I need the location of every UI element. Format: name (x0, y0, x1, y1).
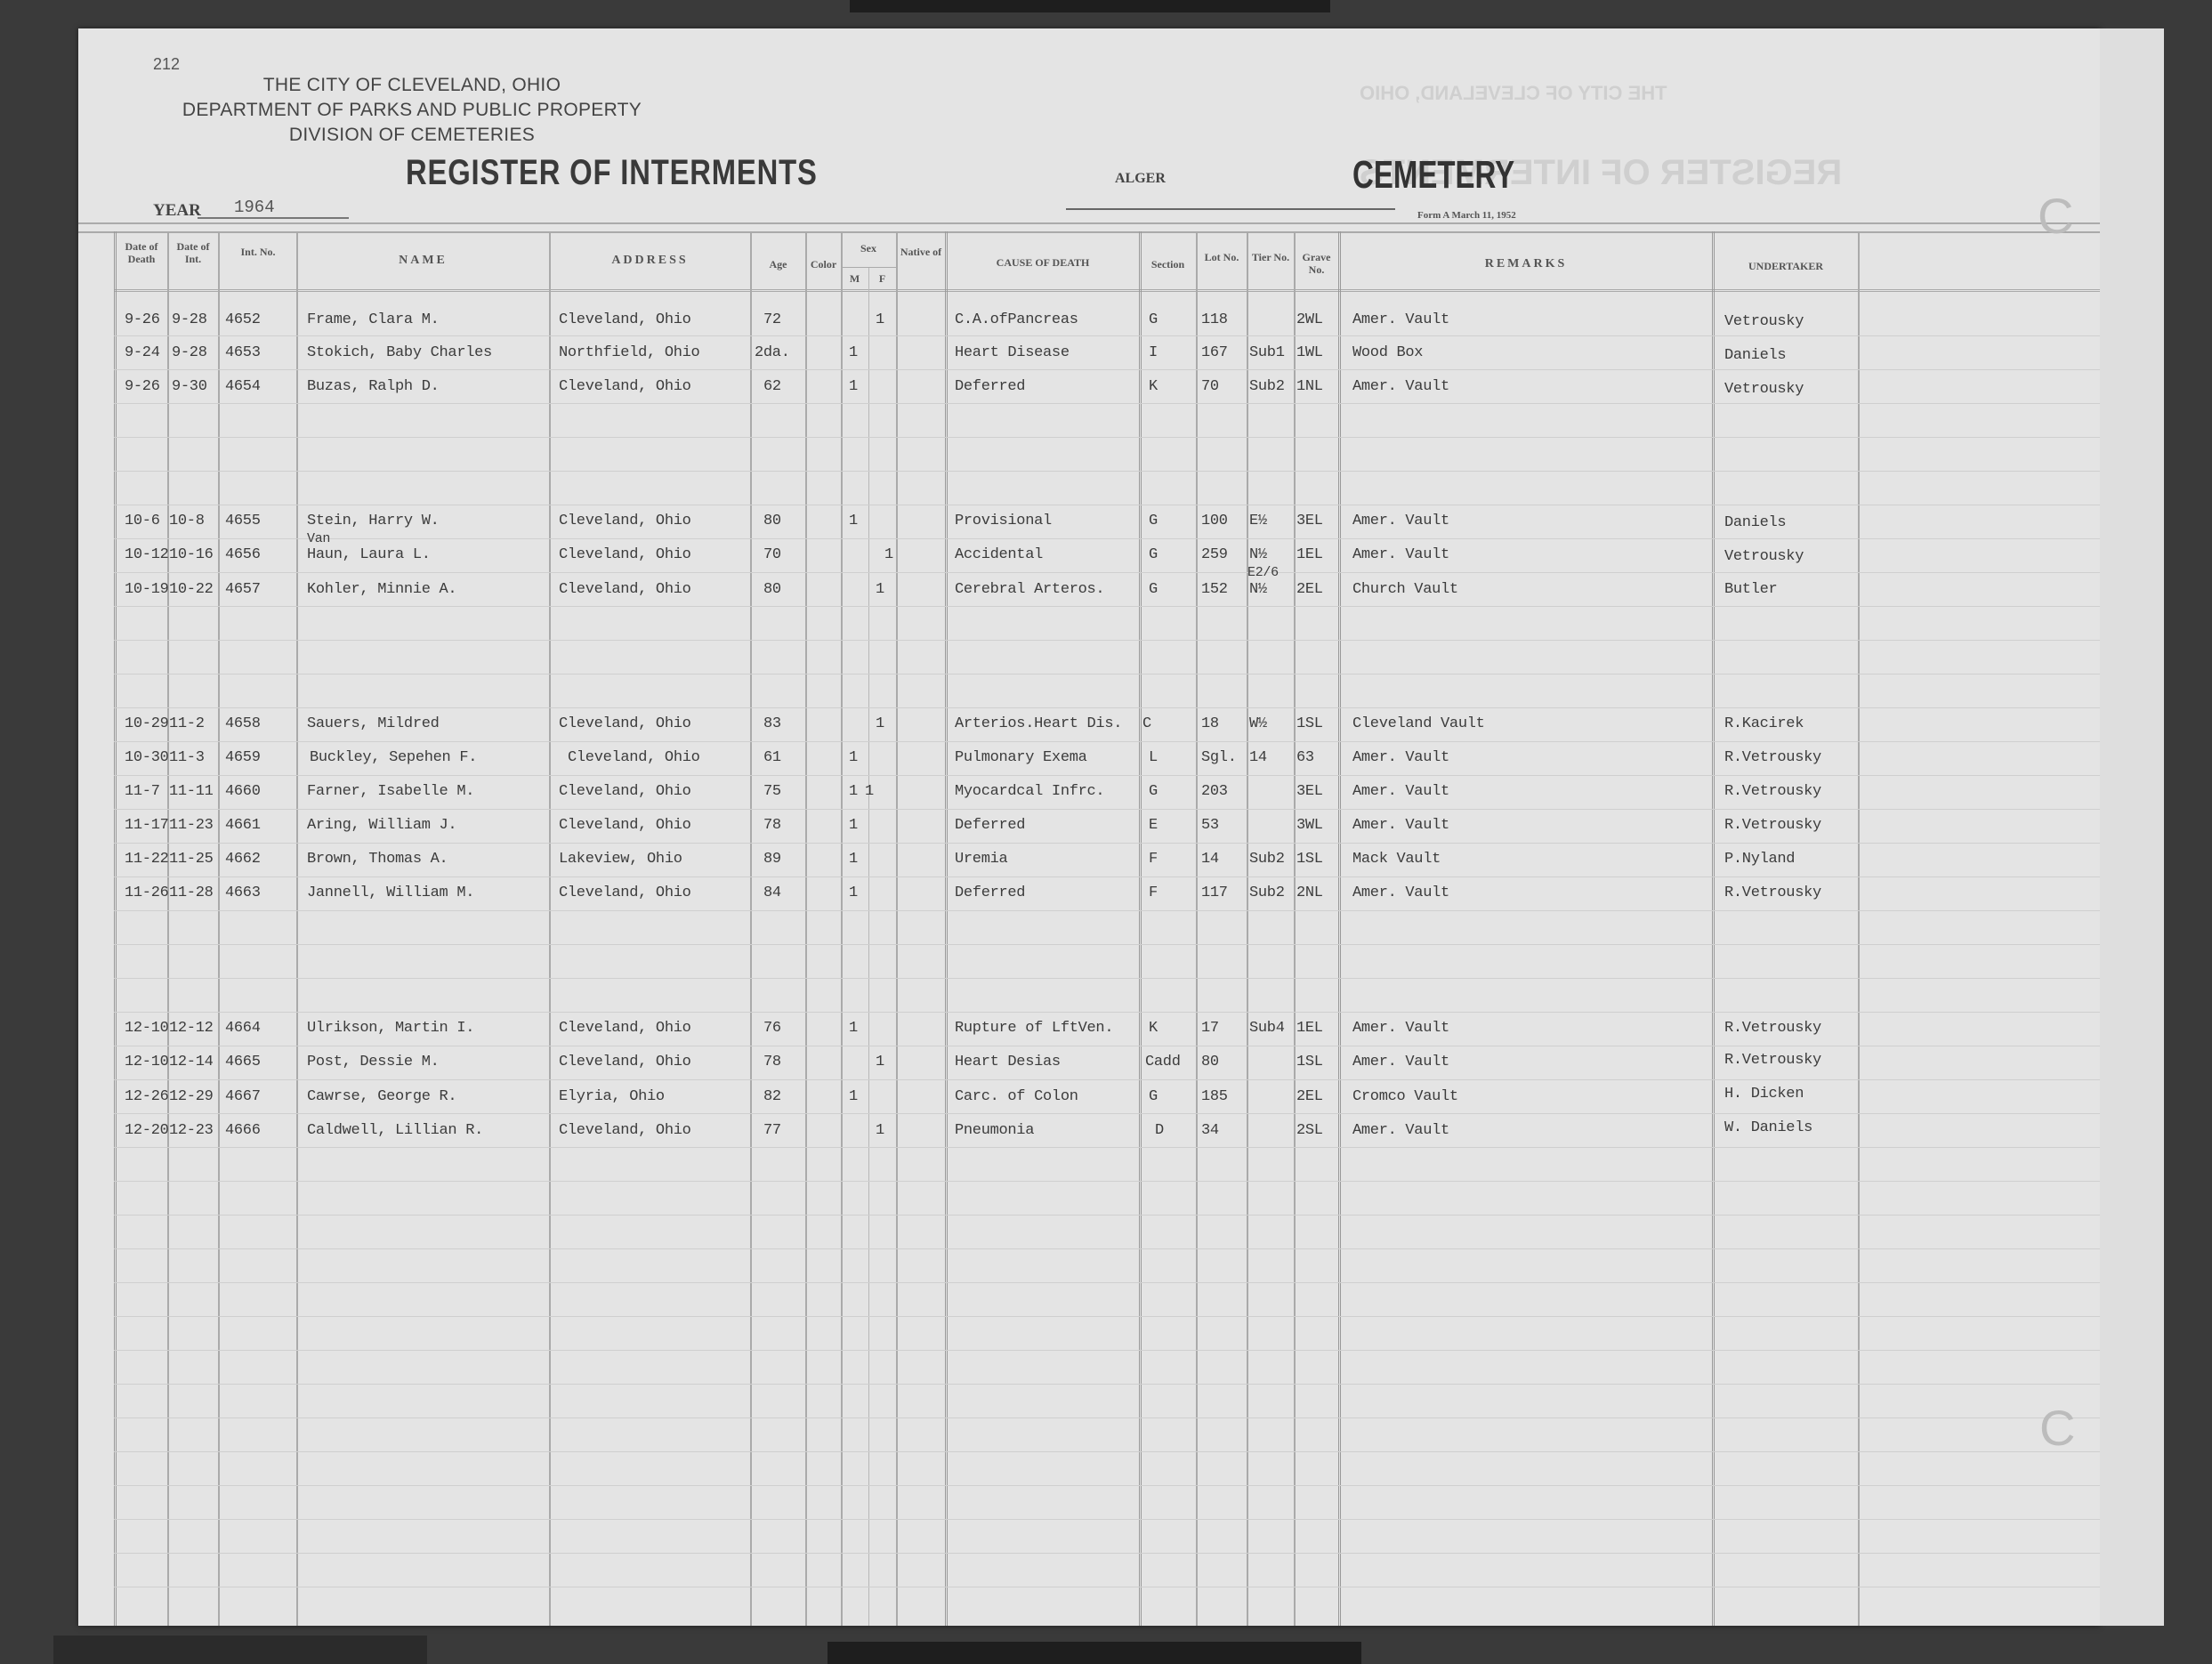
cell-section: G (1149, 513, 1158, 529)
cell-int-no: 4657 (225, 581, 261, 598)
col-header-tier-no: Tier No. (1247, 251, 1294, 263)
cell-cause: Arterios.Heart Dis. (955, 715, 1122, 732)
column-divider (945, 231, 948, 1626)
cell-int-no: 4658 (225, 715, 261, 732)
cell-address: Cleveland, Ohio (559, 311, 691, 328)
cell-remarks: Amer. Vault (1352, 513, 1449, 529)
cell-section: G (1149, 311, 1158, 328)
column-divider (1196, 231, 1198, 1626)
cell-undertaker: R.Vetrousky (1724, 1020, 1821, 1037)
column-divider (296, 231, 298, 1626)
cell-remarks: Amer. Vault (1352, 1020, 1449, 1037)
cell-date-of-death: 9-24 (125, 344, 160, 361)
row-rule (114, 1181, 2100, 1182)
cell-date-of-death: 11-7 (125, 783, 160, 800)
cell-int-no: 4655 (225, 513, 261, 529)
cell-undertaker: R.Vetrousky (1724, 1052, 1821, 1069)
cell-section: F (1149, 885, 1158, 901)
cell-tier: Sub1 (1249, 344, 1285, 361)
col-header-int-no: Int. No. (231, 246, 285, 258)
row-rule (114, 1113, 2100, 1114)
cell-sex-f: 1 (876, 1122, 884, 1139)
col-header-date-of-int: Date of Int. (168, 240, 218, 265)
cell-cause: Carc. of Colon (955, 1088, 1078, 1105)
row-rule (114, 572, 2100, 573)
cell-remarks: Church Vault (1352, 581, 1458, 598)
cell-date-of-death: 11-22 (125, 851, 169, 868)
cell-lot: 34 (1201, 1122, 1219, 1139)
cell-date-of-int: 12-29 (169, 1088, 214, 1105)
cell-grave: 3EL (1296, 513, 1323, 529)
cell-remarks: Amer. Vault (1352, 378, 1449, 395)
row-rule (114, 369, 2100, 370)
column-divider (1858, 231, 1860, 1626)
cell-cause: Deferred (955, 378, 1025, 395)
cell-age: 78 (763, 817, 781, 834)
cell-undertaker: R.Vetrousky (1724, 783, 1821, 800)
cell-lot: 203 (1201, 783, 1228, 800)
cell-undertaker: Butler (1724, 581, 1777, 598)
cell-sex-m: 1 (849, 851, 858, 868)
binder-ring-icon: C (2038, 187, 2073, 245)
cell-name: Farner, Isabelle M. (307, 783, 474, 800)
cell-cause: Cerebral Arteros. (955, 581, 1104, 598)
cell-section: G (1149, 783, 1158, 800)
cell-date-of-death: 12-20 (125, 1122, 169, 1139)
cell-undertaker: R.Vetrousky (1724, 885, 1821, 901)
cell-address: Cleveland, Ohio (559, 1122, 691, 1139)
col-header-undertaker: UNDERTAKER (1714, 260, 1858, 272)
cell-undertaker: Vetrousky (1724, 381, 1804, 398)
film-edge-bottom-left (53, 1636, 427, 1664)
column-divider (167, 231, 169, 1626)
row-rule (114, 1485, 2100, 1486)
cell-section: G (1149, 1088, 1158, 1105)
row-rule (114, 1553, 2100, 1554)
cell-tier: W½ (1249, 715, 1267, 732)
sheet-margin-right (2100, 28, 2164, 1626)
cell-date-of-int: 12-23 (169, 1122, 214, 1139)
cell-lot: 100 (1201, 513, 1228, 529)
cell-tier: Sub2 (1249, 378, 1285, 395)
cell-age: 70 (763, 546, 781, 563)
cell-sex-f: 1 (876, 311, 884, 328)
cell-section: C (1142, 715, 1151, 732)
cell-grave: 1SL (1296, 1054, 1323, 1070)
cell-tier: Sub2 (1249, 885, 1285, 901)
col-header-date-of-death: Date of Death (116, 240, 167, 265)
cell-grave: 1EL (1296, 1020, 1323, 1037)
row-rule (114, 505, 2100, 505)
cell-age: 76 (763, 1020, 781, 1037)
column-divider (114, 231, 117, 1626)
column-divider (841, 231, 843, 1626)
cell-section: K (1149, 378, 1158, 395)
cell-undertaker: R.Vetrousky (1724, 749, 1821, 766)
header-department: DEPARTMENT OF PARKS AND PUBLIC PROPERTY (141, 100, 683, 121)
cell-remarks: Amer. Vault (1352, 783, 1449, 800)
row-rule (114, 1316, 2100, 1317)
cell-tier: Sub4 (1249, 1020, 1285, 1037)
row-rule (114, 775, 2100, 776)
row-rule (114, 640, 2100, 641)
cell-name: Sauers, Mildred (307, 715, 440, 732)
cell-section: G (1149, 581, 1158, 598)
cell-grave: 2WL (1296, 311, 1323, 328)
cell-undertaker: R.Kacirek (1724, 715, 1804, 732)
cell-address: Cleveland, Ohio (559, 783, 691, 800)
cell-date-of-death: 12-26 (125, 1088, 169, 1105)
cell-sex-f: 1 (876, 581, 884, 598)
cell-grave: 3WL (1296, 817, 1323, 834)
cell-date-of-int: 10-22 (169, 581, 214, 598)
cell-name: Ulrikson, Martin I. (307, 1020, 474, 1037)
cell-section: E (1149, 817, 1158, 834)
col-header-sex-m: M (841, 272, 868, 285)
cell-age: 75 (763, 783, 781, 800)
cell-lot: 259 (1201, 546, 1228, 563)
row-rule (114, 1384, 2100, 1385)
row-rule (114, 1418, 2100, 1418)
header-city: THE CITY OF CLEVELAND, OHIO (141, 75, 683, 96)
cell-lot: 14 (1201, 851, 1219, 868)
cell-address: Cleveland, Ohio (559, 378, 691, 395)
cell-tier: E½ (1249, 513, 1267, 529)
cell-grave: 2EL (1296, 581, 1323, 598)
header-rule (114, 289, 2100, 292)
rule (78, 231, 2100, 233)
column-divider (1247, 231, 1248, 1626)
cell-undertaker: H. Dicken (1724, 1086, 1804, 1103)
cell-grave: 1SL (1296, 851, 1323, 868)
register-sheet: THE CITY OF CLEVELAND, OHIO REGISTER OF … (78, 28, 2100, 1626)
cell-date-of-death: 9-26 (125, 378, 160, 395)
cell-remarks: Mack Vault (1352, 851, 1441, 868)
cell-grave: 1WL (1296, 344, 1323, 361)
sex-split-rule (841, 267, 896, 268)
cell-tier: N½ (1249, 546, 1267, 563)
cell-int-no: 4654 (225, 378, 261, 395)
col-header-grave-no: Grave No. (1295, 251, 1338, 276)
cell-address: Lakeview, Ohio (559, 851, 682, 868)
cell-cause: Deferred (955, 817, 1025, 834)
page-number: 212 (153, 55, 180, 74)
cell-name: Haun, Laura L. (307, 546, 431, 563)
cell-address: Cleveland, Ohio (568, 749, 700, 766)
cell-date-of-int: 10-8 (169, 513, 205, 529)
cell-remarks: Wood Box (1352, 344, 1423, 361)
cell-undertaker: Daniels (1724, 347, 1786, 364)
cell-sex-m: 1 (849, 749, 858, 766)
cell-undertaker: Vetrousky (1724, 313, 1804, 330)
row-rule (114, 471, 2100, 472)
cell-name: Frame, Clara M. (307, 311, 440, 328)
binder-ring-icon: C (2039, 1399, 2075, 1457)
cell-date-of-death: 10-6 (125, 513, 160, 529)
cell-int-no: 4667 (225, 1088, 261, 1105)
cell-cause: C.A.ofPancreas (955, 311, 1078, 328)
col-header-name: NAME (297, 254, 549, 267)
cell-age: 84 (763, 885, 781, 901)
cell-sex-m: 1 (849, 1020, 858, 1037)
cell-undertaker: W. Daniels (1724, 1119, 1812, 1136)
cell-lot: 80 (1201, 1054, 1219, 1070)
column-divider (1338, 231, 1341, 1626)
cell-lot: 53 (1201, 817, 1219, 834)
cell-grave: 2SL (1296, 1122, 1323, 1139)
cell-address: Cleveland, Ohio (559, 546, 691, 563)
cell-int-no: 4664 (225, 1020, 261, 1037)
cemetery-label: CEMETERY (1352, 153, 1514, 198)
cell-age: 80 (763, 513, 781, 529)
cell-date-of-death: 10-29 (125, 715, 169, 732)
cell-remarks: Amer. Vault (1352, 885, 1449, 901)
cell-date-of-int: 12-14 (169, 1054, 214, 1070)
column-divider (1139, 231, 1142, 1626)
cell-tier: N½ (1249, 581, 1267, 598)
cell-remarks: Cromco Vault (1352, 1088, 1458, 1105)
cell-age: 78 (763, 1054, 781, 1070)
cell-address: Cleveland, Ohio (559, 1054, 691, 1070)
cell-remarks: Amer. Vault (1352, 546, 1449, 563)
cell-age: 82 (763, 1088, 781, 1105)
column-divider (218, 231, 220, 1626)
cell-name: Caldwell, Lillian R. (307, 1122, 483, 1139)
cell-grave: 63 (1296, 749, 1314, 766)
row-rule (114, 1451, 2100, 1452)
row-rule (114, 606, 2100, 607)
cell-int-no: 4656 (225, 546, 261, 563)
cell-sex-m: 1 (849, 344, 858, 361)
film-edge-bottom (827, 1642, 1361, 1664)
cell-lot: 18 (1201, 715, 1219, 732)
cell-cause: Rupture of LftVen. (955, 1020, 1113, 1037)
cell-address: Cleveland, Ohio (559, 581, 691, 598)
row-rule (114, 1282, 2100, 1283)
cell-date-of-int: 11-25 (169, 851, 214, 868)
cell-cause: Heart Desias (955, 1054, 1061, 1070)
cell-cause: Accidental (955, 546, 1043, 563)
cell-date-of-death: 10-12 (125, 546, 169, 563)
column-divider (549, 231, 551, 1626)
cell-lot: 70 (1201, 378, 1219, 395)
cell-address: Northfield, Ohio (559, 344, 699, 361)
cell-section: L (1149, 749, 1158, 766)
cell-grave: 2NL (1296, 885, 1323, 901)
col-header-native-of: Native of (897, 246, 945, 258)
cell-lot: 152 (1201, 581, 1228, 598)
cell-remarks: Amer. Vault (1352, 1122, 1449, 1139)
row-rule (114, 335, 2100, 336)
cell-name: Post, Dessie M. (307, 1054, 440, 1070)
cell-section: F (1149, 851, 1158, 868)
cell-grave: 1SL (1296, 715, 1323, 732)
cell-lot: 118 (1201, 311, 1228, 328)
cell-sex-f: 1 (876, 1054, 884, 1070)
row-rule (114, 1079, 2100, 1080)
cell-date-of-int: 10-16 (169, 546, 214, 563)
cell-section: G (1149, 546, 1158, 563)
col-header-remarks: REMARKS (1340, 258, 1712, 271)
form-reference: Form A March 11, 1952 (1417, 210, 1516, 221)
cell-date-of-death: 12-10 (125, 1020, 169, 1037)
cell-sex-f: 1 (876, 715, 884, 732)
cell-undertaker: Daniels (1724, 514, 1786, 531)
cell-address: Elyria, Ohio (559, 1088, 665, 1105)
cell-date-of-death: 11-17 (125, 817, 169, 834)
cell-age: 77 (763, 1122, 781, 1139)
cell-date-of-int: 11-11 (169, 783, 214, 800)
cell-date-of-int: 11-3 (169, 749, 205, 766)
cell-int-no: 4662 (225, 851, 261, 868)
cell-tier-note: E2/6 (1247, 565, 1279, 580)
cell-date-of-int: 11-28 (169, 885, 214, 901)
row-rule (114, 1012, 2100, 1013)
cell-address: Cleveland, Ohio (559, 513, 691, 529)
row-rule (114, 1519, 2100, 1520)
cell-date-of-int: 11-2 (169, 715, 205, 732)
cell-grave: 1NL (1296, 378, 1323, 395)
cell-name: Cawrse, George R. (307, 1088, 456, 1105)
cell-lot: 117 (1201, 885, 1228, 901)
row-rule (114, 910, 2100, 911)
cell-date-of-death: 10-19 (125, 581, 169, 598)
year-underline (198, 217, 349, 219)
col-header-section: Section (1140, 258, 1196, 271)
row-rule (114, 707, 2100, 708)
cell-remarks: Cleveland Vault (1352, 715, 1485, 732)
cell-address: Cleveland, Ohio (559, 1020, 691, 1037)
cell-tier: 14 (1249, 749, 1267, 766)
cell-name-prefix: Van (307, 531, 330, 546)
cell-int-no: 4652 (225, 311, 261, 328)
cell-lot: 185 (1201, 1088, 1228, 1105)
cell-sex-m: 1 (849, 783, 858, 800)
cell-sex-m: 1 (849, 513, 858, 529)
cell-tier: Sub2 (1249, 851, 1285, 868)
cell-undertaker: P.Nyland (1724, 851, 1795, 868)
cell-cause: Uremia (955, 851, 1007, 868)
cell-date-of-death: 9-26 (125, 311, 160, 328)
cell-int-no: 4663 (225, 885, 261, 901)
cell-lot: 167 (1201, 344, 1228, 361)
cell-name: Aring, William J. (307, 817, 456, 834)
row-rule (114, 741, 2100, 742)
col-header-sex: Sex (841, 242, 896, 254)
cell-int-no: 4653 (225, 344, 261, 361)
cell-age: 62 (763, 378, 781, 395)
row-rule (114, 978, 2100, 979)
row-rule (114, 1587, 2100, 1587)
cell-grave: 1EL (1296, 546, 1323, 563)
cell-cause: Pneumonia (955, 1122, 1034, 1139)
cell-int-no: 4660 (225, 783, 261, 800)
cell-address: Cleveland, Ohio (559, 715, 691, 732)
col-header-lot-no: Lot No. (1197, 251, 1247, 263)
cell-grave: 2EL (1296, 1088, 1323, 1105)
cell-name: Buzas, Ralph D. (307, 378, 440, 395)
cell-int-no: 4661 (225, 817, 261, 834)
year-label: YEAR (153, 201, 201, 221)
cell-date-of-int: 12-12 (169, 1020, 214, 1037)
cell-name: Jannell, William M. (307, 885, 474, 901)
cell-name: Brown, Thomas A. (307, 851, 448, 868)
cell-date-of-death: 11-26 (125, 885, 169, 901)
cell-cause: Provisional (955, 513, 1052, 529)
cell-cause: Myocardcal Infrc. (955, 783, 1104, 800)
cell-lot: Sgl. (1201, 749, 1237, 766)
cell-lot: 17 (1201, 1020, 1219, 1037)
cell-date-of-death: 10-30 (125, 749, 169, 766)
cell-cause: Heart Disease (955, 344, 1070, 361)
row-rule (114, 876, 2100, 877)
col-header-address: ADDRESS (550, 254, 750, 267)
column-divider (805, 231, 807, 1626)
cell-name: Buckley, Sepehen F. (310, 749, 477, 766)
film-edge-top (850, 0, 1330, 12)
cell-name: Stein, Harry W. (307, 513, 440, 529)
cell-remarks: Amer. Vault (1352, 749, 1449, 766)
cell-age: 83 (763, 715, 781, 732)
page-title: REGISTER OF INTERMENTS (406, 153, 818, 193)
cell-remarks: Amer. Vault (1352, 817, 1449, 834)
cell-sex-m: 1 (849, 378, 858, 395)
row-rule (114, 1046, 2100, 1046)
cell-age: 72 (763, 311, 781, 328)
header-division: DIVISION OF CEMETERIES (141, 125, 683, 146)
row-rule (114, 674, 2100, 674)
cell-address: Cleveland, Ohio (559, 817, 691, 834)
cell-date-of-int: 11-23 (169, 817, 214, 834)
cell-address: Cleveland, Ohio (559, 885, 691, 901)
cell-int-no: 4659 (225, 749, 261, 766)
cell-section: K (1149, 1020, 1158, 1037)
cell-date-of-death: 12-10 (125, 1054, 169, 1070)
column-divider (1712, 231, 1715, 1626)
row-rule (114, 809, 2100, 810)
cell-sex-m: 1 (849, 1088, 858, 1105)
col-header-sex-f: F (868, 272, 896, 285)
col-header-color: Color (806, 258, 841, 271)
rule (78, 222, 2100, 224)
cell-section: Cadd (1145, 1054, 1181, 1070)
cell-int-no: 4665 (225, 1054, 261, 1070)
column-divider (750, 231, 752, 1626)
bleedthrough-header: THE CITY OF CLEVELAND, OHIO (1360, 82, 1667, 105)
cell-age: 80 (763, 581, 781, 598)
cell-date-of-int: 9-28 (172, 311, 207, 328)
cell-sex-m: 1 (849, 885, 858, 901)
row-rule (114, 437, 2100, 438)
year-value: 1964 (234, 198, 275, 217)
cell-section: I (1149, 344, 1158, 361)
cell-sex-m: 1 (849, 817, 858, 834)
cell-sex-f: 1 (884, 546, 893, 563)
cell-int-no: 4666 (225, 1122, 261, 1139)
cell-name: Stokich, Baby Charles (307, 344, 492, 361)
cell-date-of-int: 9-28 (172, 344, 207, 361)
row-rule (114, 843, 2100, 844)
column-divider (896, 231, 898, 1626)
cell-undertaker: Vetrousky (1724, 548, 1804, 565)
row-rule (114, 1147, 2100, 1148)
cell-date-of-int: 9-30 (172, 378, 207, 395)
row-rule (114, 538, 2100, 539)
cell-name: Kohler, Minnie A. (307, 581, 456, 598)
cell-age: 61 (763, 749, 781, 766)
cell-remarks: Amer. Vault (1352, 1054, 1449, 1070)
cell-age: 2da. (755, 344, 790, 361)
